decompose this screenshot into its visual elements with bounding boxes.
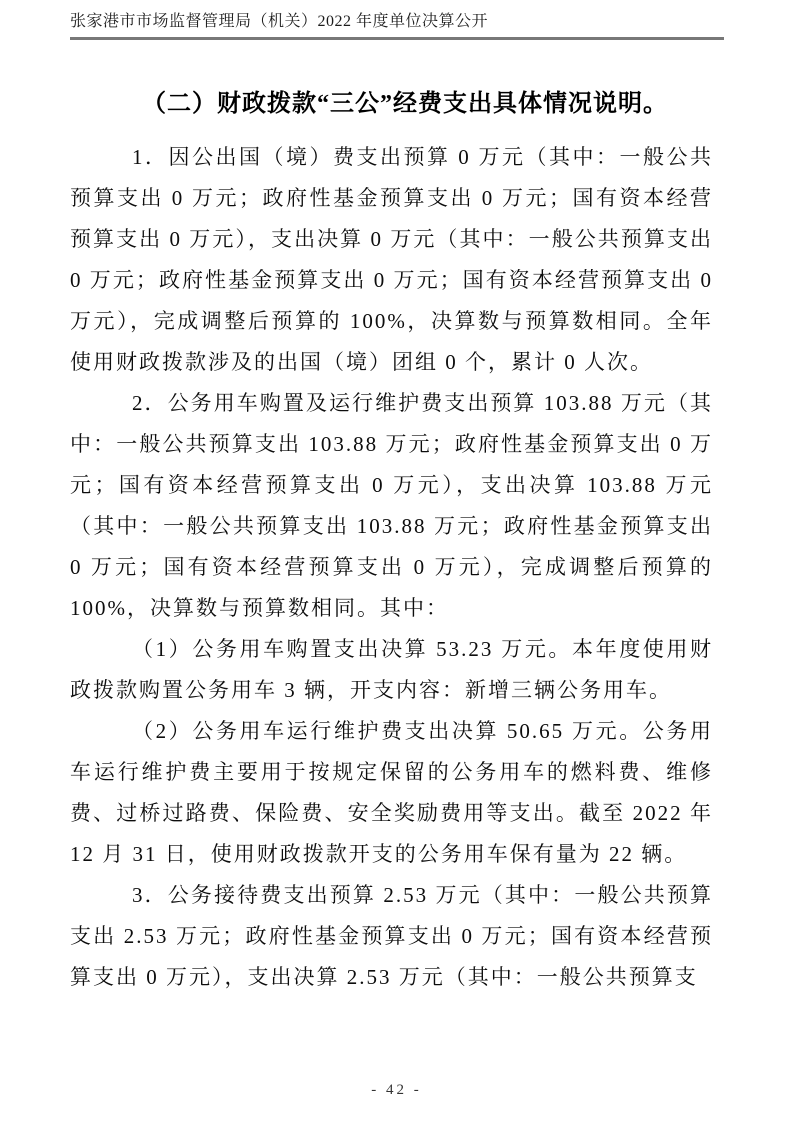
- page-header: 张家港市市场监督管理局（机关）2022 年度单位决算公开: [70, 11, 724, 40]
- document-page: 张家港市市场监督管理局（机关）2022 年度单位决算公开 （二）财政拨款“三公”…: [0, 0, 793, 1122]
- paragraph-overseas-travel: 1．因公出国（境）费支出预算 0 万元（其中：一般公共预算支出 0 万元；政府性…: [70, 137, 713, 383]
- document-body: （二）财政拨款“三公”经费支出具体情况说明。 1．因公出国（境）费支出预算 0 …: [70, 84, 713, 998]
- header-title: 张家港市市场监督管理局（机关）2022 年度单位决算公开: [70, 13, 488, 30]
- paragraph-vehicle-purchase: （1）公务用车购置支出决算 53.23 万元。本年度使用财政拨款购置公务用车 3…: [70, 629, 713, 711]
- page-number: - 42 -: [371, 1082, 422, 1098]
- section-title: （二）财政拨款“三公”经费支出具体情况说明。: [70, 84, 713, 124]
- page-footer: - 42 -: [0, 1082, 793, 1099]
- paragraph-official-reception: 3．公务接待费支出预算 2.53 万元（其中：一般公共预算支出 2.53 万元；…: [70, 875, 713, 998]
- paragraph-vehicle-maintenance: （2）公务用车运行维护费支出决算 50.65 万元。公务用车运行维护费主要用于按…: [70, 711, 713, 875]
- paragraph-official-vehicles: 2．公务用车购置及运行维护费支出预算 103.88 万元（其中：一般公共预算支出…: [70, 383, 713, 629]
